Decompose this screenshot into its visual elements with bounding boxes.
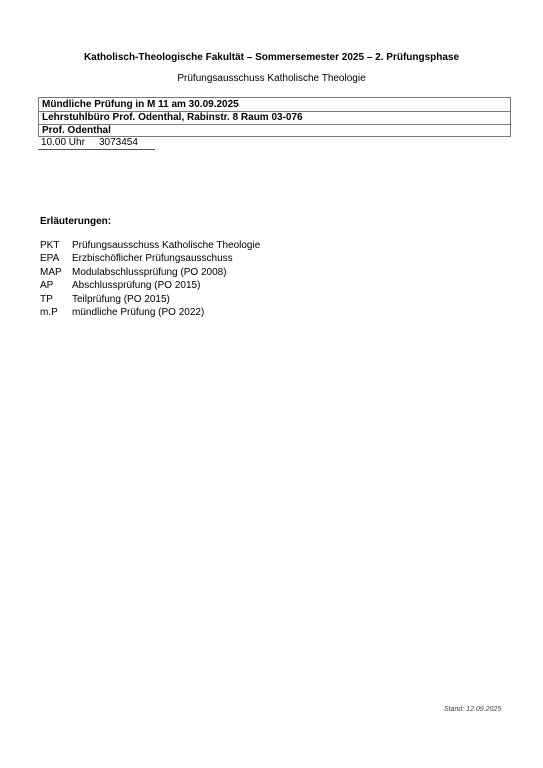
legend-abbr: TP bbox=[40, 293, 72, 306]
exam-examiner: Prof. Odenthal bbox=[38, 124, 511, 137]
legend-abbr: PKT bbox=[40, 239, 72, 252]
page-title: Katholisch-Theologische Fakultät – Somme… bbox=[0, 52, 543, 63]
legend-text: Prüfungsausschuss Katholische Theologie bbox=[72, 239, 260, 252]
exam-table: Mündliche Prüfung in M 11 am 30.09.2025 … bbox=[38, 97, 511, 150]
legend-abbr: m.P bbox=[40, 306, 72, 319]
legend-text: mündliche Prüfung (PO 2022) bbox=[72, 306, 204, 319]
exam-location: Lehrstuhlbüro Prof. Odenthal, Rabinstr. … bbox=[38, 111, 511, 124]
legend-item: m.P mündliche Prüfung (PO 2022) bbox=[40, 306, 260, 319]
legend-abbr: MAP bbox=[40, 266, 72, 279]
legend-text: Modulabschlussprüfung (PO 2008) bbox=[72, 266, 227, 279]
legend-abbr: AP bbox=[40, 279, 72, 292]
legend-heading: Erläuterungen: bbox=[40, 216, 111, 227]
page-subtitle: Prüfungsausschuss Katholische Theologie bbox=[0, 73, 543, 84]
legend-abbr: EPA bbox=[40, 252, 72, 265]
slot-student-id: 3073454 bbox=[99, 137, 138, 148]
slot-time: 10.00 Uhr bbox=[41, 137, 99, 149]
legend-item: PKT Prüfungsausschuss Katholische Theolo… bbox=[40, 239, 260, 252]
legend-text: Abschlussprüfung (PO 2015) bbox=[72, 279, 200, 292]
exam-slot-row: 10.00 Uhr3073454 bbox=[38, 137, 155, 150]
legend-text: Teilprüfung (PO 2015) bbox=[72, 293, 170, 306]
footer-stand-date: Stand: 12.09.2025 bbox=[444, 706, 501, 713]
legend-text: Erzbischöflicher Prüfungsausschuss bbox=[72, 252, 233, 265]
exam-heading: Mündliche Prüfung in M 11 am 30.09.2025 bbox=[38, 97, 511, 111]
legend-item: EPA Erzbischöflicher Prüfungsausschuss bbox=[40, 252, 260, 265]
legend-item: MAP Modulabschlussprüfung (PO 2008) bbox=[40, 266, 260, 279]
legend-item: TP Teilprüfung (PO 2015) bbox=[40, 293, 260, 306]
legend-list: PKT Prüfungsausschuss Katholische Theolo… bbox=[40, 239, 260, 319]
legend-item: AP Abschlussprüfung (PO 2015) bbox=[40, 279, 260, 292]
